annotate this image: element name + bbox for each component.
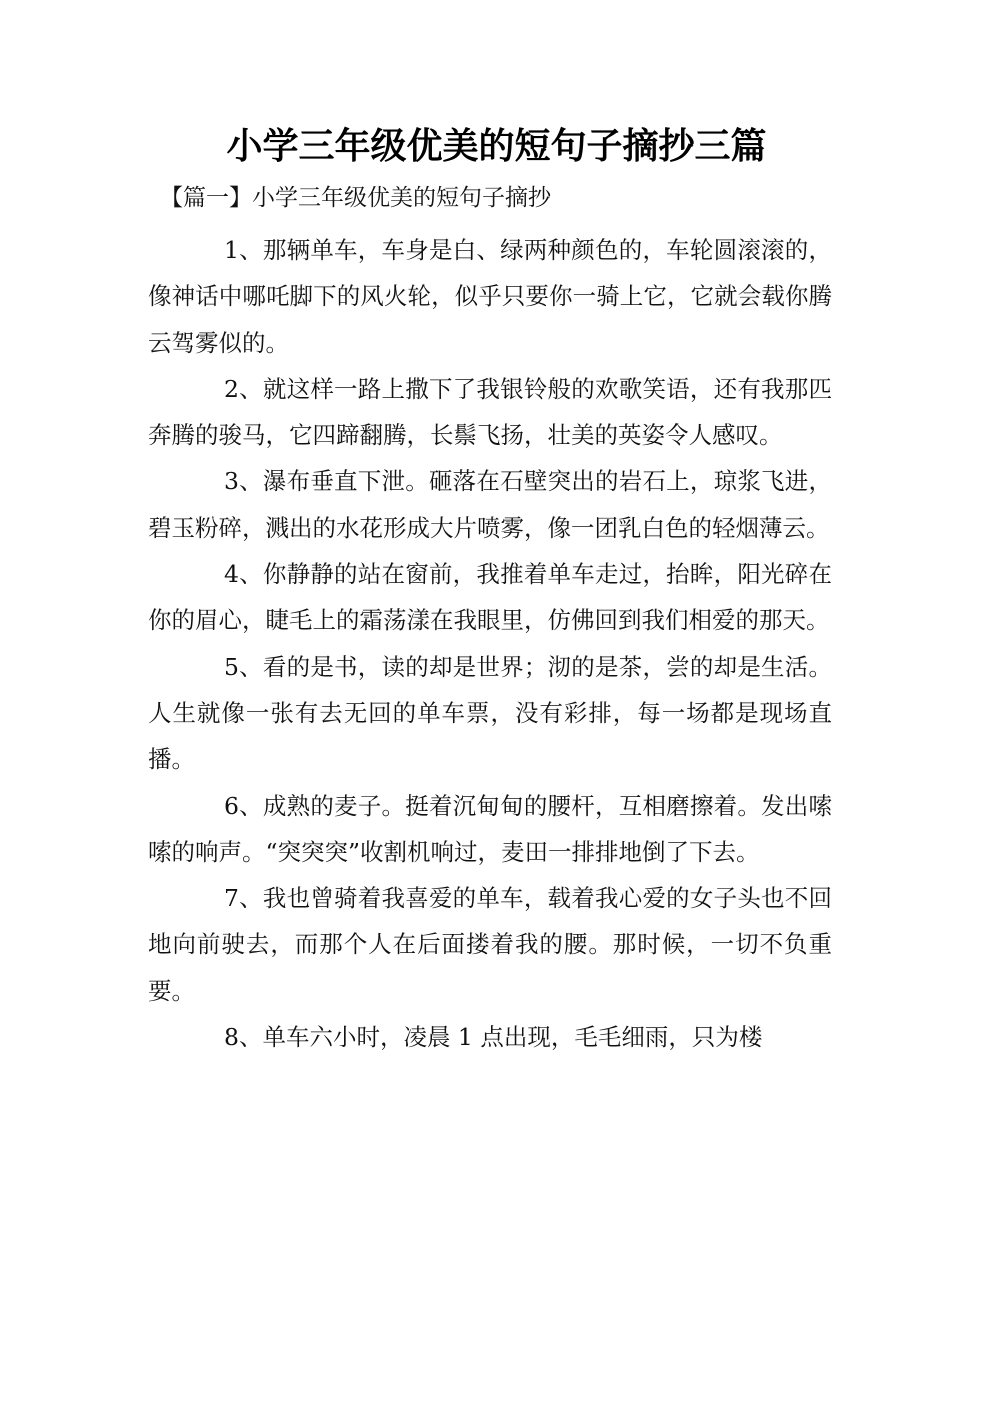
- paragraph-1: 1、那辆单车，车身是白、绿两种颜色的，车轮圆滚滚的，像神话中哪吒脚下的风火轮，似…: [148, 227, 832, 366]
- paragraph-5: 5、看的是书，读的却是世界；沏的是茶，尝的却是生活。人生就像一张有去无回的单车票…: [148, 644, 832, 783]
- document-page: 小学三年级优美的短句子摘抄三篇 【篇一】小学三年级优美的短句子摘抄 1、那辆单车…: [0, 0, 993, 1404]
- document-body: 1、那辆单车，车身是白、绿两种颜色的，车轮圆滚滚的，像神话中哪吒脚下的风火轮，似…: [148, 227, 832, 1060]
- paragraph-7: 7、我也曾骑着我喜爱的单车，载着我心爱的女子头也不回地向前驶去，而那个人在后面搂…: [148, 875, 832, 1014]
- paragraph-6: 6、成熟的麦子。挺着沉甸甸的腰杆，互相磨擦着。发出嗦嗦的响声。“突突突”收割机响…: [148, 783, 832, 876]
- paragraph-2: 2、就这样一路上撒下了我银铃般的欢歌笑语，还有我那匹奔腾的骏马，它四蹄翻腾，长鬃…: [148, 366, 832, 459]
- section-heading: 【篇一】小学三年级优美的短句子摘抄: [160, 180, 551, 216]
- paragraph-8: 8、单车六小时，凌晨 1 点出现，毛毛细雨，只为楼: [148, 1014, 832, 1060]
- document-title: 小学三年级优美的短句子摘抄三篇: [0, 122, 993, 172]
- paragraph-4: 4、你静静的站在窗前，我推着单车走过，抬眸，阳光碎在你的眉心，睫毛上的霜荡漾在我…: [148, 551, 832, 644]
- paragraph-3: 3、瀑布垂直下泄。砸落在石壁突出的岩石上，琼浆飞进，碧玉粉碎，溅出的水花形成大片…: [148, 458, 832, 551]
